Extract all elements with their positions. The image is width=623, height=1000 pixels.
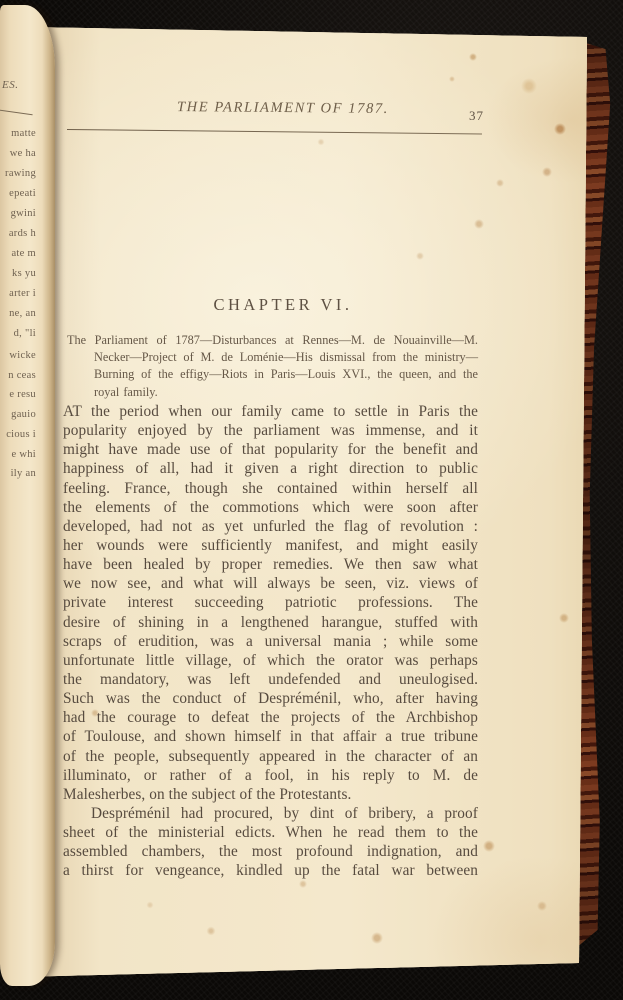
text-line: Malesherbes, on the subject of the Prote… <box>63 785 478 804</box>
left-page-text-fragment: ards h <box>9 228 36 240</box>
summary-line: royal family. <box>67 384 478 401</box>
left-page-header-fragment: ES. <box>2 79 18 91</box>
text-line: sheet of the ministerial edicts. When he… <box>63 823 478 842</box>
text-line: developed, had not as yet unfurled the f… <box>63 517 478 536</box>
chapter-heading: CHAPTER VI. <box>75 295 491 315</box>
left-page-text-fragment: rawing <box>5 168 36 180</box>
left-page-text-fragment: d, "li <box>14 328 36 340</box>
left-page-rule-fragment <box>0 109 33 115</box>
text-line: assembled chambers, the most profound in… <box>63 842 478 861</box>
left-page-text-fragment: gauio <box>11 409 36 421</box>
text-line: had the courage to defeat the projects o… <box>63 708 478 727</box>
text-line: of the people, subsequently appeared in … <box>63 747 478 766</box>
text-line: of Toulouse, and shown himself in that a… <box>63 727 478 746</box>
text-line: the elements of the commotions which wer… <box>63 498 478 517</box>
left-page-text-fragment: e whi <box>11 449 36 461</box>
text-line: desire of shining in a lengthened harang… <box>63 613 478 632</box>
text-line: private interest succeeding patriotic pr… <box>63 593 478 612</box>
text-line: unfortunate little village, of which the… <box>63 651 478 670</box>
text-line: scraps of erudition, was a universal man… <box>63 632 478 651</box>
header-rule <box>67 129 482 135</box>
left-page-text-fragment: n ceas <box>8 370 36 382</box>
left-page-text-fragment: cious i <box>6 429 36 441</box>
left-page-text-fragment: epeati <box>9 188 36 200</box>
text-line: the mandatory, was left undefended and u… <box>63 670 478 689</box>
page-number: 37 <box>469 108 484 124</box>
left-page-text-fragment: arter i <box>9 288 36 300</box>
left-page-text-fragment: matte <box>11 128 36 140</box>
left-page-text-fragment: wicke <box>9 350 36 362</box>
text-line: a thirst for vengeance, kindled up the f… <box>63 861 478 880</box>
summary-line: Burning of the effigy—Riots in Paris—Lou… <box>67 366 478 383</box>
text-line: we now see, and what will always be seen… <box>63 574 478 593</box>
text-line: might have made use of that popularity f… <box>63 440 478 459</box>
text-line: AT the period when our family came to se… <box>63 402 478 421</box>
text-line: her wounds were sufficiently manifest, a… <box>63 536 478 555</box>
left-page-text-fragment: e resu <box>9 389 36 401</box>
left-page-text-fragment: ks yu <box>12 268 36 280</box>
body-text: AT the period when our family came to se… <box>63 402 478 881</box>
text-line: illuminato, or rather of a fool, in his … <box>63 766 478 785</box>
text-line: feeling. France, though she contained wi… <box>63 479 478 498</box>
left-page-edge: ES. mattewe harawingepeatigwiniards hate… <box>0 5 55 986</box>
summary-line: Necker—Project of M. de Loménie—His dism… <box>67 349 478 366</box>
paragraph: AT the period when our family came to se… <box>63 402 478 804</box>
text-line: happiness of all, had it given a right d… <box>63 459 478 478</box>
left-page-text-fragment: ily an <box>11 468 36 480</box>
text-line: have been healed by proper remedies. We … <box>63 555 478 574</box>
left-page-text-fragment: ne, an <box>9 308 36 320</box>
chapter-summary: The Parliament of 1787—Disturbances at R… <box>67 332 478 401</box>
book-photo: THE PARLIAMENT OF 1787. 37 CHAPTER VI. T… <box>0 0 623 1000</box>
text-line: Such was the conduct of Despréménil, who… <box>63 689 478 708</box>
left-page-text-fragment: we ha <box>10 148 36 160</box>
paragraph: Despréménil had procured, by dint of bri… <box>63 804 478 881</box>
right-page: THE PARLIAMENT OF 1787. 37 CHAPTER VI. T… <box>0 0 623 1000</box>
summary-line: The Parliament of 1787—Disturbances at R… <box>67 332 478 349</box>
text-line: Despréménil had procured, by dint of bri… <box>63 804 478 823</box>
text-line: popularity enjoyed by the parliament was… <box>63 421 478 440</box>
running-title: THE PARLIAMENT OF 1787. <box>75 98 491 119</box>
left-page-text-fragment: gwini <box>11 208 36 220</box>
left-page-text-fragment: ate m <box>11 248 36 260</box>
